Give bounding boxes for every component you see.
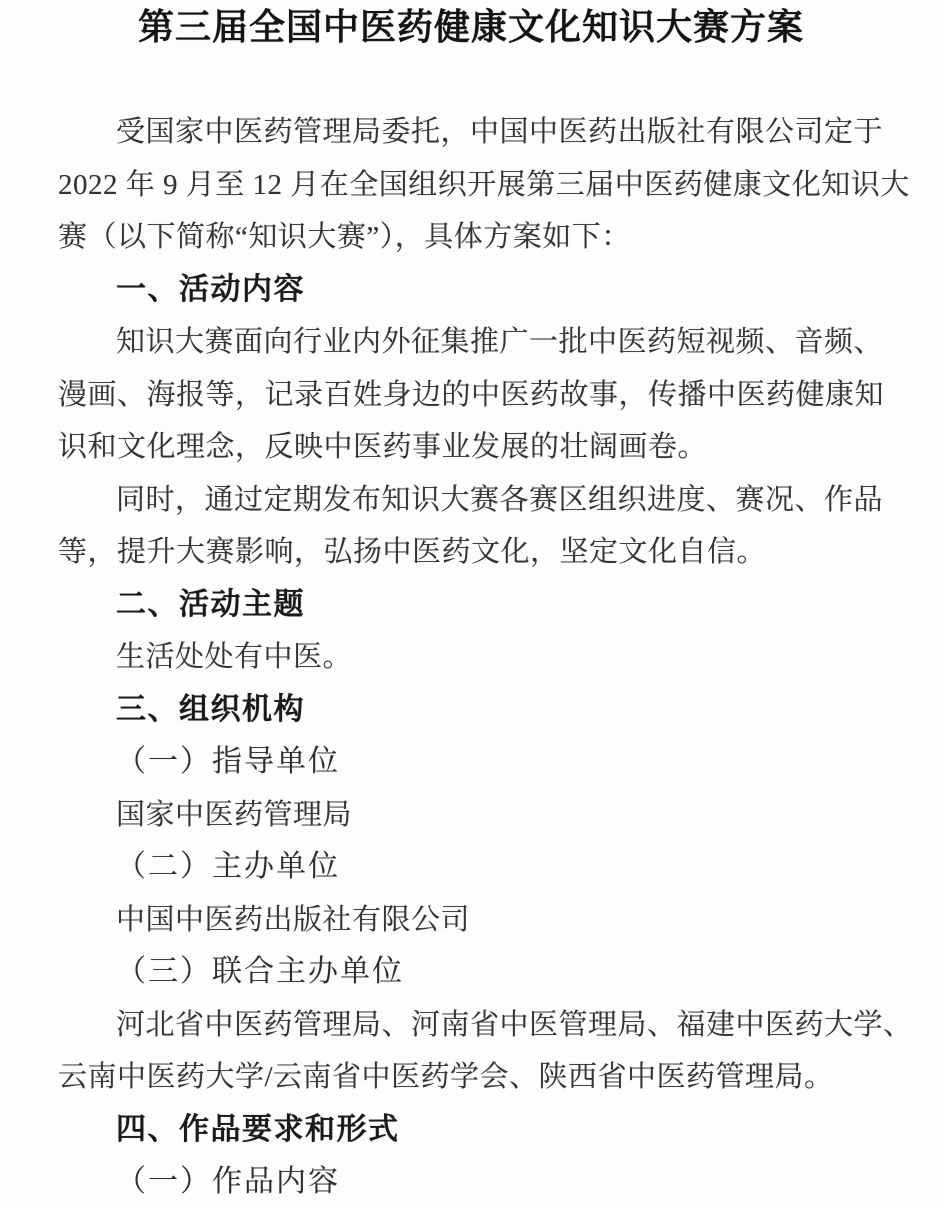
paragraph-line: 漫画、海报等，记录百姓身边的中医药故事，传播中医药健康知	[58, 369, 882, 422]
section-heading: 四、作品要求和形式	[58, 1104, 882, 1157]
section-heading: 二、活动主题	[58, 579, 882, 632]
paragraph-line: 赛（以下简称“知识大赛”），具体方案如下：	[58, 211, 882, 264]
paragraph-line: 知识大赛面向行业内外征集推广一批中医药短视频、音频、	[58, 316, 882, 369]
paragraph-line: 生活处处有中医。	[58, 631, 882, 684]
paragraph-line: 等，提升大赛影响，弘扬中医药文化，坚定文化自信。	[58, 526, 882, 579]
paragraph-line: 识和文化理念，反映中医药事业发展的壮阔画卷。	[58, 421, 882, 474]
subsection-heading: （一）指导单位	[58, 736, 882, 789]
section-heading: 三、组织机构	[58, 684, 882, 737]
subsection-heading: （一）作品内容	[58, 1156, 882, 1208]
paragraph-line: 国家中医药管理局	[58, 789, 882, 842]
paragraph-line: 2022 年 9 月至 12 月在全国组织开展第三届中医药健康文化知识大	[58, 159, 882, 212]
paragraph-line: 中国中医药出版社有限公司	[58, 894, 882, 947]
section-heading: 一、活动内容	[58, 264, 882, 317]
subsection-heading: （二）主办单位	[58, 841, 882, 894]
subsection-heading: （三）联合主办单位	[58, 946, 882, 999]
document-body: 受国家中医药管理局委托，中国中医药出版社有限公司定于 2022 年 9 月至 1…	[0, 106, 942, 1208]
paragraph-line: 云南中医药大学/云南省中医药学会、陕西省中医药管理局。	[58, 1051, 882, 1104]
document-title: 第三届全国中医药健康文化知识大赛方案	[0, 0, 942, 52]
paragraph-line: 河北省中医药管理局、河南省中医管理局、福建中医药大学、	[58, 999, 882, 1052]
paragraph-line: 受国家中医药管理局委托，中国中医药出版社有限公司定于	[58, 106, 882, 159]
paragraph-line: 同时，通过定期发布知识大赛各赛区组织进度、赛况、作品	[58, 474, 882, 527]
document-page: 第三届全国中医药健康文化知识大赛方案 受国家中医药管理局委托，中国中医药出版社有…	[0, 0, 942, 1208]
